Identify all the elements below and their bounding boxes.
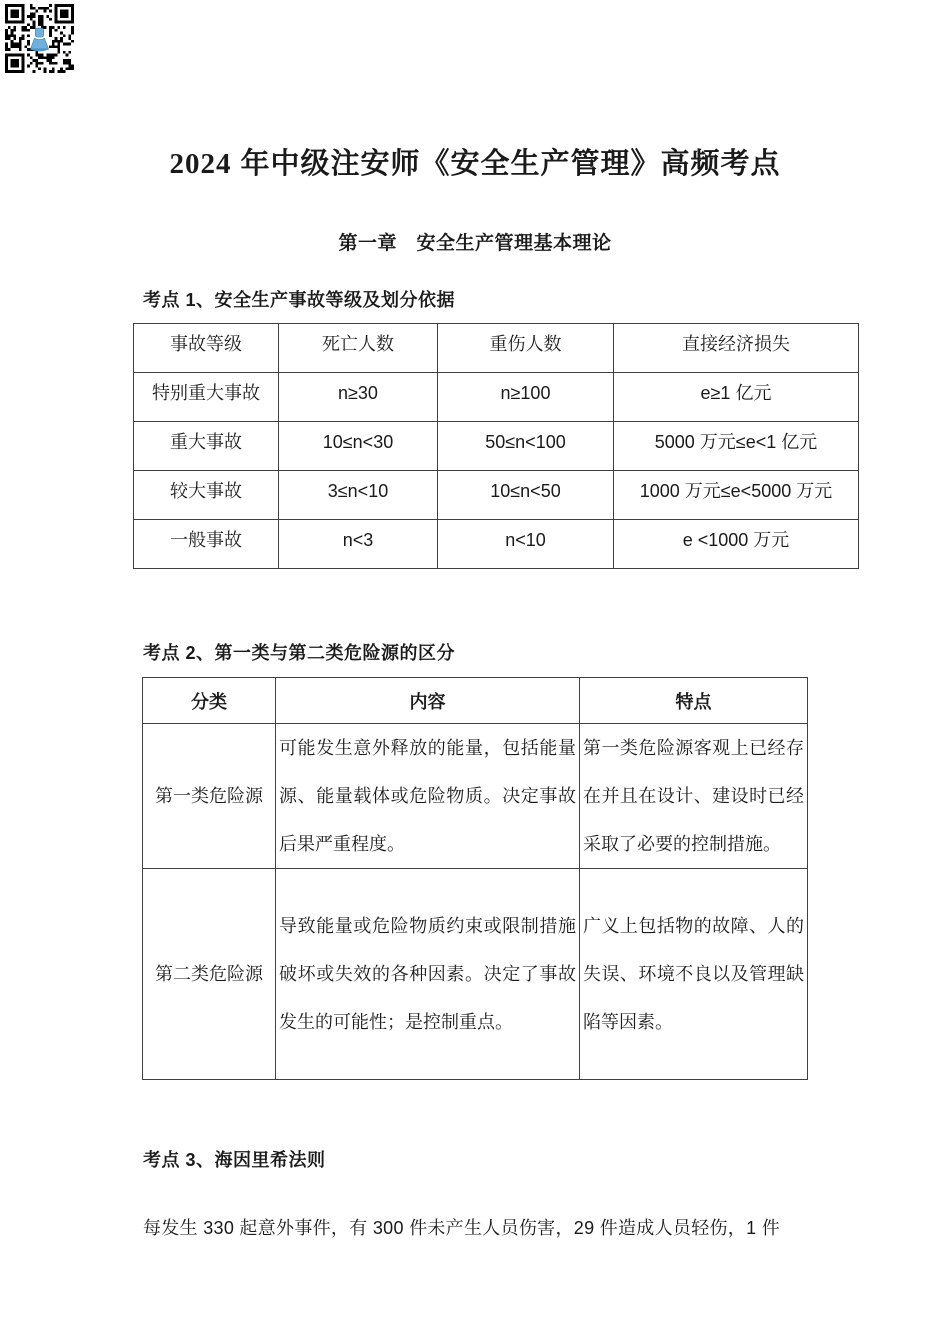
table-cell: 3≤n<10 — [279, 471, 438, 520]
table-cell: n<10 — [438, 520, 614, 569]
qr-code-image — [5, 4, 74, 73]
table-cell: 1000 万元≤e<5000 万元 — [614, 471, 859, 520]
table-cell: 50≤n<100 — [438, 422, 614, 471]
body-paragraph: 每发生 330 起意外事件，有 300 件未产生人员伤害，29 件造成人员轻伤，… — [143, 1214, 780, 1240]
table-header-cell: 内容 — [276, 678, 580, 724]
section-heading-3: 考点 3、海因里希法则 — [143, 1146, 326, 1172]
table-cell: 10≤n<50 — [438, 471, 614, 520]
table-cell: 广义上包括物的故障、人的失误、环境不良以及管理缺陷等因素。 — [580, 869, 808, 1080]
document-page: 2024 年中级注安师《安全生产管理》高频考点 第一章 安全生产管理基本理论 考… — [0, 0, 950, 1344]
table-row: 一般事故 n<3 n<10 e <1000 万元 — [134, 520, 859, 569]
table-cell: 第一类危险源 — [143, 724, 276, 869]
table-cell: 特别重大事故 — [134, 373, 279, 422]
table-header-row: 事故等级 死亡人数 重伤人数 直接经济损失 — [134, 324, 859, 373]
table-cell: 第二类危险源 — [143, 869, 276, 1080]
table-row: 第一类危险源 可能发生意外释放的能量，包括能量源、能量载体或危险物质。决定事故后… — [143, 724, 808, 869]
hazard-source-table: 分类 内容 特点 第一类危险源 可能发生意外释放的能量，包括能量源、能量载体或危… — [142, 677, 808, 1080]
table-cell: 10≤n<30 — [279, 422, 438, 471]
table-cell: n<3 — [279, 520, 438, 569]
section-heading-1: 考点 1、安全生产事故等级及划分依据 — [143, 286, 455, 312]
table-cell: 重大事故 — [134, 422, 279, 471]
table-cell: 导致能量或危险物质约束或限制措施破坏或失效的各种因素。决定了事故发生的可能性；是… — [276, 869, 580, 1080]
table-row: 特别重大事故 n≥30 n≥100 e≥1 亿元 — [134, 373, 859, 422]
table-header-cell: 直接经济损失 — [614, 324, 859, 373]
table-header-cell: 重伤人数 — [438, 324, 614, 373]
section-heading-2: 考点 2、第一类与第二类危险源的区分 — [143, 639, 455, 665]
table-cell: 5000 万元≤e<1 亿元 — [614, 422, 859, 471]
table-row: 较大事故 3≤n<10 10≤n<50 1000 万元≤e<5000 万元 — [134, 471, 859, 520]
table-header-cell: 特点 — [580, 678, 808, 724]
table-row: 第二类危险源 导致能量或危险物质约束或限制措施破坏或失效的各种因素。决定了事故发… — [143, 869, 808, 1080]
table-header-cell: 事故等级 — [134, 324, 279, 373]
table-cell: n≥30 — [279, 373, 438, 422]
title-text: 年中级注安师《安全生产管理》高频考点 — [231, 148, 780, 180]
accident-grade-table: 事故等级 死亡人数 重伤人数 直接经济损失 特别重大事故 n≥30 n≥100 … — [133, 323, 859, 569]
table-cell: 一般事故 — [134, 520, 279, 569]
table-header-cell: 分类 — [143, 678, 276, 724]
table-header-row: 分类 内容 特点 — [143, 678, 808, 724]
table-row: 重大事故 10≤n<30 50≤n<100 5000 万元≤e<1 亿元 — [134, 422, 859, 471]
table-cell: 可能发生意外释放的能量，包括能量源、能量载体或危险物质。决定事故后果严重程度。 — [276, 724, 580, 869]
qr-code — [5, 4, 74, 73]
table-cell: 第一类危险源客观上已经存在并且在设计、建设时已经采取了必要的控制措施。 — [580, 724, 808, 869]
chapter-heading: 第一章 安全生产管理基本理论 — [0, 228, 950, 255]
table-cell: e≥1 亿元 — [614, 373, 859, 422]
page-title: 2024 年中级注安师《安全生产管理》高频考点 — [0, 141, 950, 182]
table-header-cell: 死亡人数 — [279, 324, 438, 373]
title-year: 2024 — [169, 148, 231, 180]
table-cell: n≥100 — [438, 373, 614, 422]
table-cell: e <1000 万元 — [614, 520, 859, 569]
table-cell: 较大事故 — [134, 471, 279, 520]
